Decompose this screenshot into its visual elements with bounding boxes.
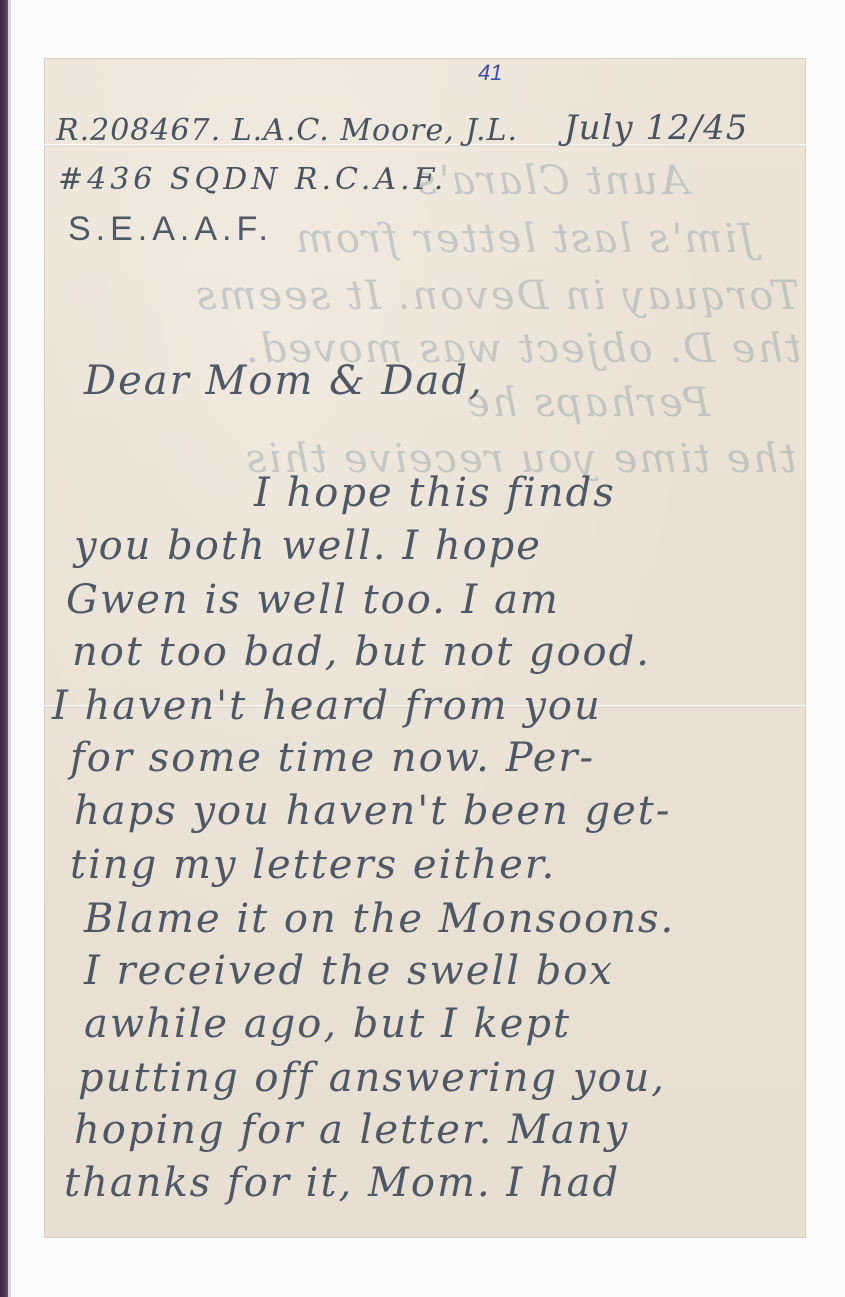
sender-line: R.208467. L.A.C. Moore, J.L. xyxy=(56,113,518,148)
letter-page: Aunt Clara's Jim's last letter from Torq… xyxy=(44,58,806,1238)
body-line: awhile ago, but I kept xyxy=(84,1001,571,1047)
bleed-through-text: Perhaps he xyxy=(464,380,710,426)
body-line: thanks for it, Mom. I had xyxy=(64,1160,620,1206)
body-line: I haven't heard from you xyxy=(52,683,602,729)
bleed-through-text: Torquay in Devon. It seems xyxy=(194,273,799,319)
body-line: Gwen is well too. I am xyxy=(66,577,560,623)
letter-date: July 12/45 xyxy=(564,108,748,148)
body-line: for some time now. Per- xyxy=(70,735,595,781)
body-line: ting my letters either. xyxy=(70,842,556,888)
body-line: haps you haven't been get- xyxy=(74,788,671,834)
unit-line: #436 SQDN R.C.A.F. xyxy=(58,162,447,197)
scanner-edge xyxy=(0,0,8,1297)
bleed-through-text: Aunt Clara's xyxy=(414,158,689,204)
command-line: S.E.A.A.F. xyxy=(68,210,273,249)
page-number: 41 xyxy=(478,60,502,86)
body-line: not too bad, but not good. xyxy=(72,629,651,675)
salutation: Dear Mom & Dad, xyxy=(84,358,484,404)
body-line: hoping for a letter. Many xyxy=(74,1107,629,1153)
body-line: I received the swell box xyxy=(84,948,614,994)
bleed-through-text: Jim's last letter from xyxy=(294,216,755,262)
body-line: Blame it on the Monsoons. xyxy=(84,896,675,942)
body-line: I hope this finds xyxy=(254,470,616,516)
body-line: putting off answering you, xyxy=(78,1055,666,1101)
body-line: you both well. I hope xyxy=(74,523,542,569)
